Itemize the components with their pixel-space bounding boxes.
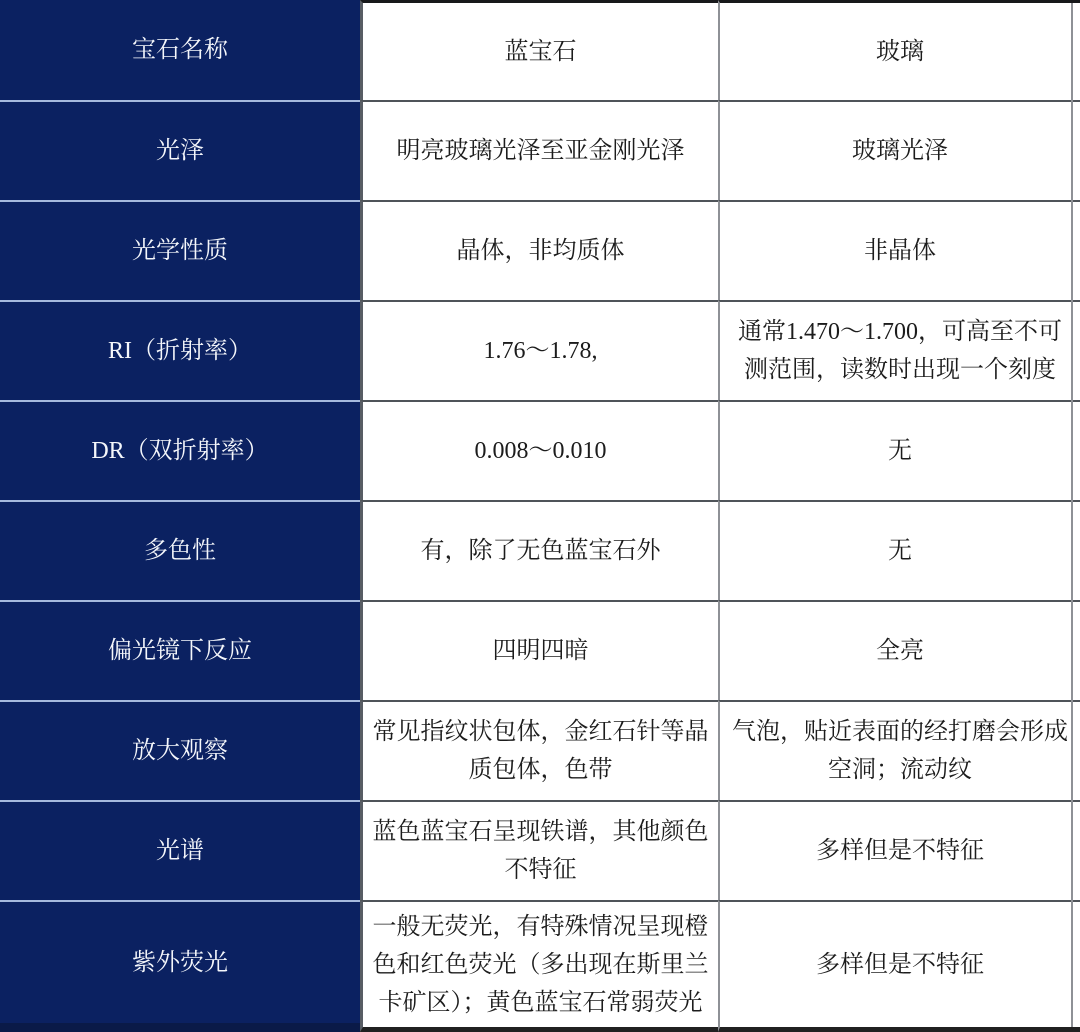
sapphire-value-cell: 一般无荧光，有特殊情况呈现橙色和红色荧光（多出现在斯里兰卡矿区）；黄色蓝宝石常弱… [360,900,718,1032]
glass-value-cell: 非晶体 [718,200,1080,300]
sapphire-value-cell-text: 四明四暗 [493,632,589,670]
glass-value-cell: 全亮 [718,600,1080,700]
row-label-cell-text: 多色性 [144,532,216,570]
glass-value-cell: 玻璃 [718,0,1080,100]
sapphire-value-cell-text: 蓝宝石 [505,33,577,71]
row-label-cell-text: 放大观察 [132,732,228,770]
row-label-cell: DR（双折射率） [0,400,360,500]
row-label-cell: 紫外荧光 [0,900,360,1032]
sapphire-value-cell-text: 蓝色蓝宝石呈现铁谱，其他颜色不特征 [370,813,711,889]
row-label-cell: 偏光镜下反应 [0,600,360,700]
glass-value-cell: 多样但是不特征 [718,800,1080,900]
sapphire-value-cell: 四明四暗 [360,600,718,700]
row-label-cell: 多色性 [0,500,360,600]
sapphire-value-cell-text: 明亮玻璃光泽至亚金刚光泽 [397,132,685,170]
sapphire-value-cell: 有，除了无色蓝宝石外 [360,500,718,600]
row-label-cell-text: 光谱 [156,832,204,870]
glass-value-cell-text: 全亮 [876,632,924,670]
sapphire-value-cell: 明亮玻璃光泽至亚金刚光泽 [360,100,718,200]
row-label-cell-text: RI（折射率） [108,332,252,370]
glass-value-cell: 气泡，贴近表面的经打磨会形成空洞；流动纹 [718,700,1080,800]
glass-value-cell: 玻璃光泽 [718,100,1080,200]
glass-value-cell: 无 [718,500,1080,600]
sapphire-value-cell-text: 晶体，非均质体 [457,232,625,270]
sapphire-value-cell-text: 1.76～1.78, [484,332,598,370]
row-label-cell-text: 紫外荧光 [132,944,228,982]
glass-value-cell-text: 无 [888,532,912,570]
row-label-cell: RI（折射率） [0,300,360,400]
row-label-cell-text: 光泽 [156,132,204,170]
glass-value-cell: 多样但是不特征 [718,900,1080,1032]
glass-value-cell-text: 多样但是不特征 [816,832,984,870]
sapphire-value-cell-text: 常见指纹状包体，金红石针等晶质包体，色带 [370,713,711,789]
sapphire-value-cell: 蓝宝石 [360,0,718,100]
table-right-border [1071,3,1073,1027]
sapphire-value-cell-text: 0.008～0.010 [475,432,607,470]
sapphire-value-cell: 1.76～1.78, [360,300,718,400]
row-label-cell: 放大观察 [0,700,360,800]
sapphire-value-cell: 蓝色蓝宝石呈现铁谱，其他颜色不特征 [360,800,718,900]
glass-value-cell-text: 气泡，贴近表面的经打磨会形成空洞；流动纹 [727,713,1073,789]
row-label-cell: 光学性质 [0,200,360,300]
glass-value-cell-text: 通常1.470～1.700，可高至不可测范围，读数时出现一个刻度 [727,313,1073,389]
sapphire-value-cell: 晶体，非均质体 [360,200,718,300]
glass-value-cell: 通常1.470～1.700，可高至不可测范围，读数时出现一个刻度 [718,300,1080,400]
row-label-cell-text: 光学性质 [132,232,228,270]
glass-value-cell-text: 玻璃 [876,33,924,71]
row-label-cell: 光泽 [0,100,360,200]
sapphire-value-cell-text: 一般无荧光，有特殊情况呈现橙色和红色荧光（多出现在斯里兰卡矿区）；黄色蓝宝石常弱… [370,908,711,1022]
comparison-table: 宝石名称蓝宝石玻璃光泽明亮玻璃光泽至亚金刚光泽玻璃光泽光学性质晶体，非均质体非晶… [0,0,1080,1032]
sapphire-value-cell: 0.008～0.010 [360,400,718,500]
gem-comparison-screenshot: 宝石名称蓝宝石玻璃光泽明亮玻璃光泽至亚金刚光泽玻璃光泽光学性质晶体，非均质体非晶… [0,0,1080,1032]
glass-value-cell-text: 多样但是不特征 [816,946,984,984]
glass-value-cell-text: 非晶体 [864,232,936,270]
sapphire-value-cell: 常见指纹状包体，金红石针等晶质包体，色带 [360,700,718,800]
row-label-cell-text: 宝石名称 [132,31,228,69]
glass-value-cell-text: 玻璃光泽 [852,132,948,170]
sapphire-value-cell-text: 有，除了无色蓝宝石外 [421,532,661,570]
row-label-cell: 光谱 [0,800,360,900]
row-label-cell-text: 偏光镜下反应 [108,632,252,670]
glass-value-cell-text: 无 [888,432,912,470]
glass-value-cell: 无 [718,400,1080,500]
row-label-cell-text: DR（双折射率） [91,432,268,470]
row-label-cell: 宝石名称 [0,0,360,100]
